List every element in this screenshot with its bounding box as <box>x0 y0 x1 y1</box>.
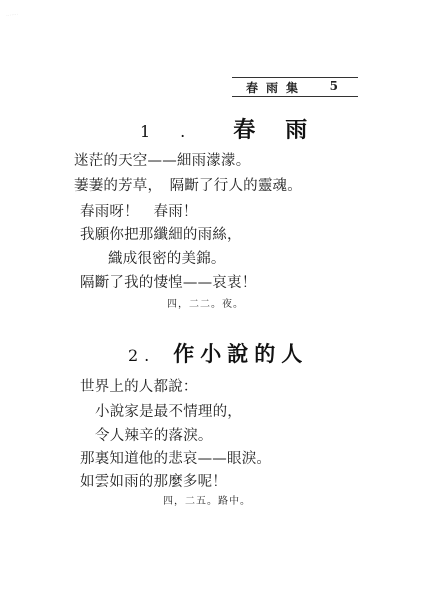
poem-1-date: 四，二二。夜。 <box>167 295 244 310</box>
poem-2-title: 作小說的人 <box>173 341 308 366</box>
poem-1-title: 春雨 <box>233 117 337 143</box>
library-stamp: ······· <box>6 7 56 15</box>
poem-1-heading: 1.春雨 <box>140 113 337 144</box>
poem-2-line: 世界上的人都說： <box>80 375 198 396</box>
poem-1-line: 我願你把那纖細的雨絲， <box>80 223 242 244</box>
poem-2-line: 如雲如雨的那麼多呢！ <box>80 470 227 491</box>
poem-2-date: 四，二五。路中。 <box>163 492 251 507</box>
poem-2-heading: 2.作小說的人 <box>128 338 308 368</box>
running-header: 春雨集 5 <box>232 77 358 97</box>
poem-1-line: 春雨呀！ 春雨！ <box>80 200 198 221</box>
poem-1-number: 1. <box>140 122 215 141</box>
poem-1-line: 迷茫的天空——細雨濛濛。 <box>74 149 250 170</box>
poem-2-line: 小說家是最不情理的， <box>95 400 242 421</box>
poem-1-line: 織成很密的美錦。 <box>108 247 226 268</box>
page-number: 5 <box>330 79 338 93</box>
poem-2-number: 2. <box>128 346 155 365</box>
poem-1-line: 隔斷了我的悽惶——哀衷！ <box>80 271 256 292</box>
poem-2-line: 那裏知道他的悲哀——眼淚。 <box>80 447 271 468</box>
poem-1-line: 萋萋的芳草， 隔斷了行人的靈魂。 <box>74 174 302 195</box>
poem-2-line: 令人辣辛的落淚。 <box>95 424 213 445</box>
book-title: 春雨集 <box>246 79 306 96</box>
